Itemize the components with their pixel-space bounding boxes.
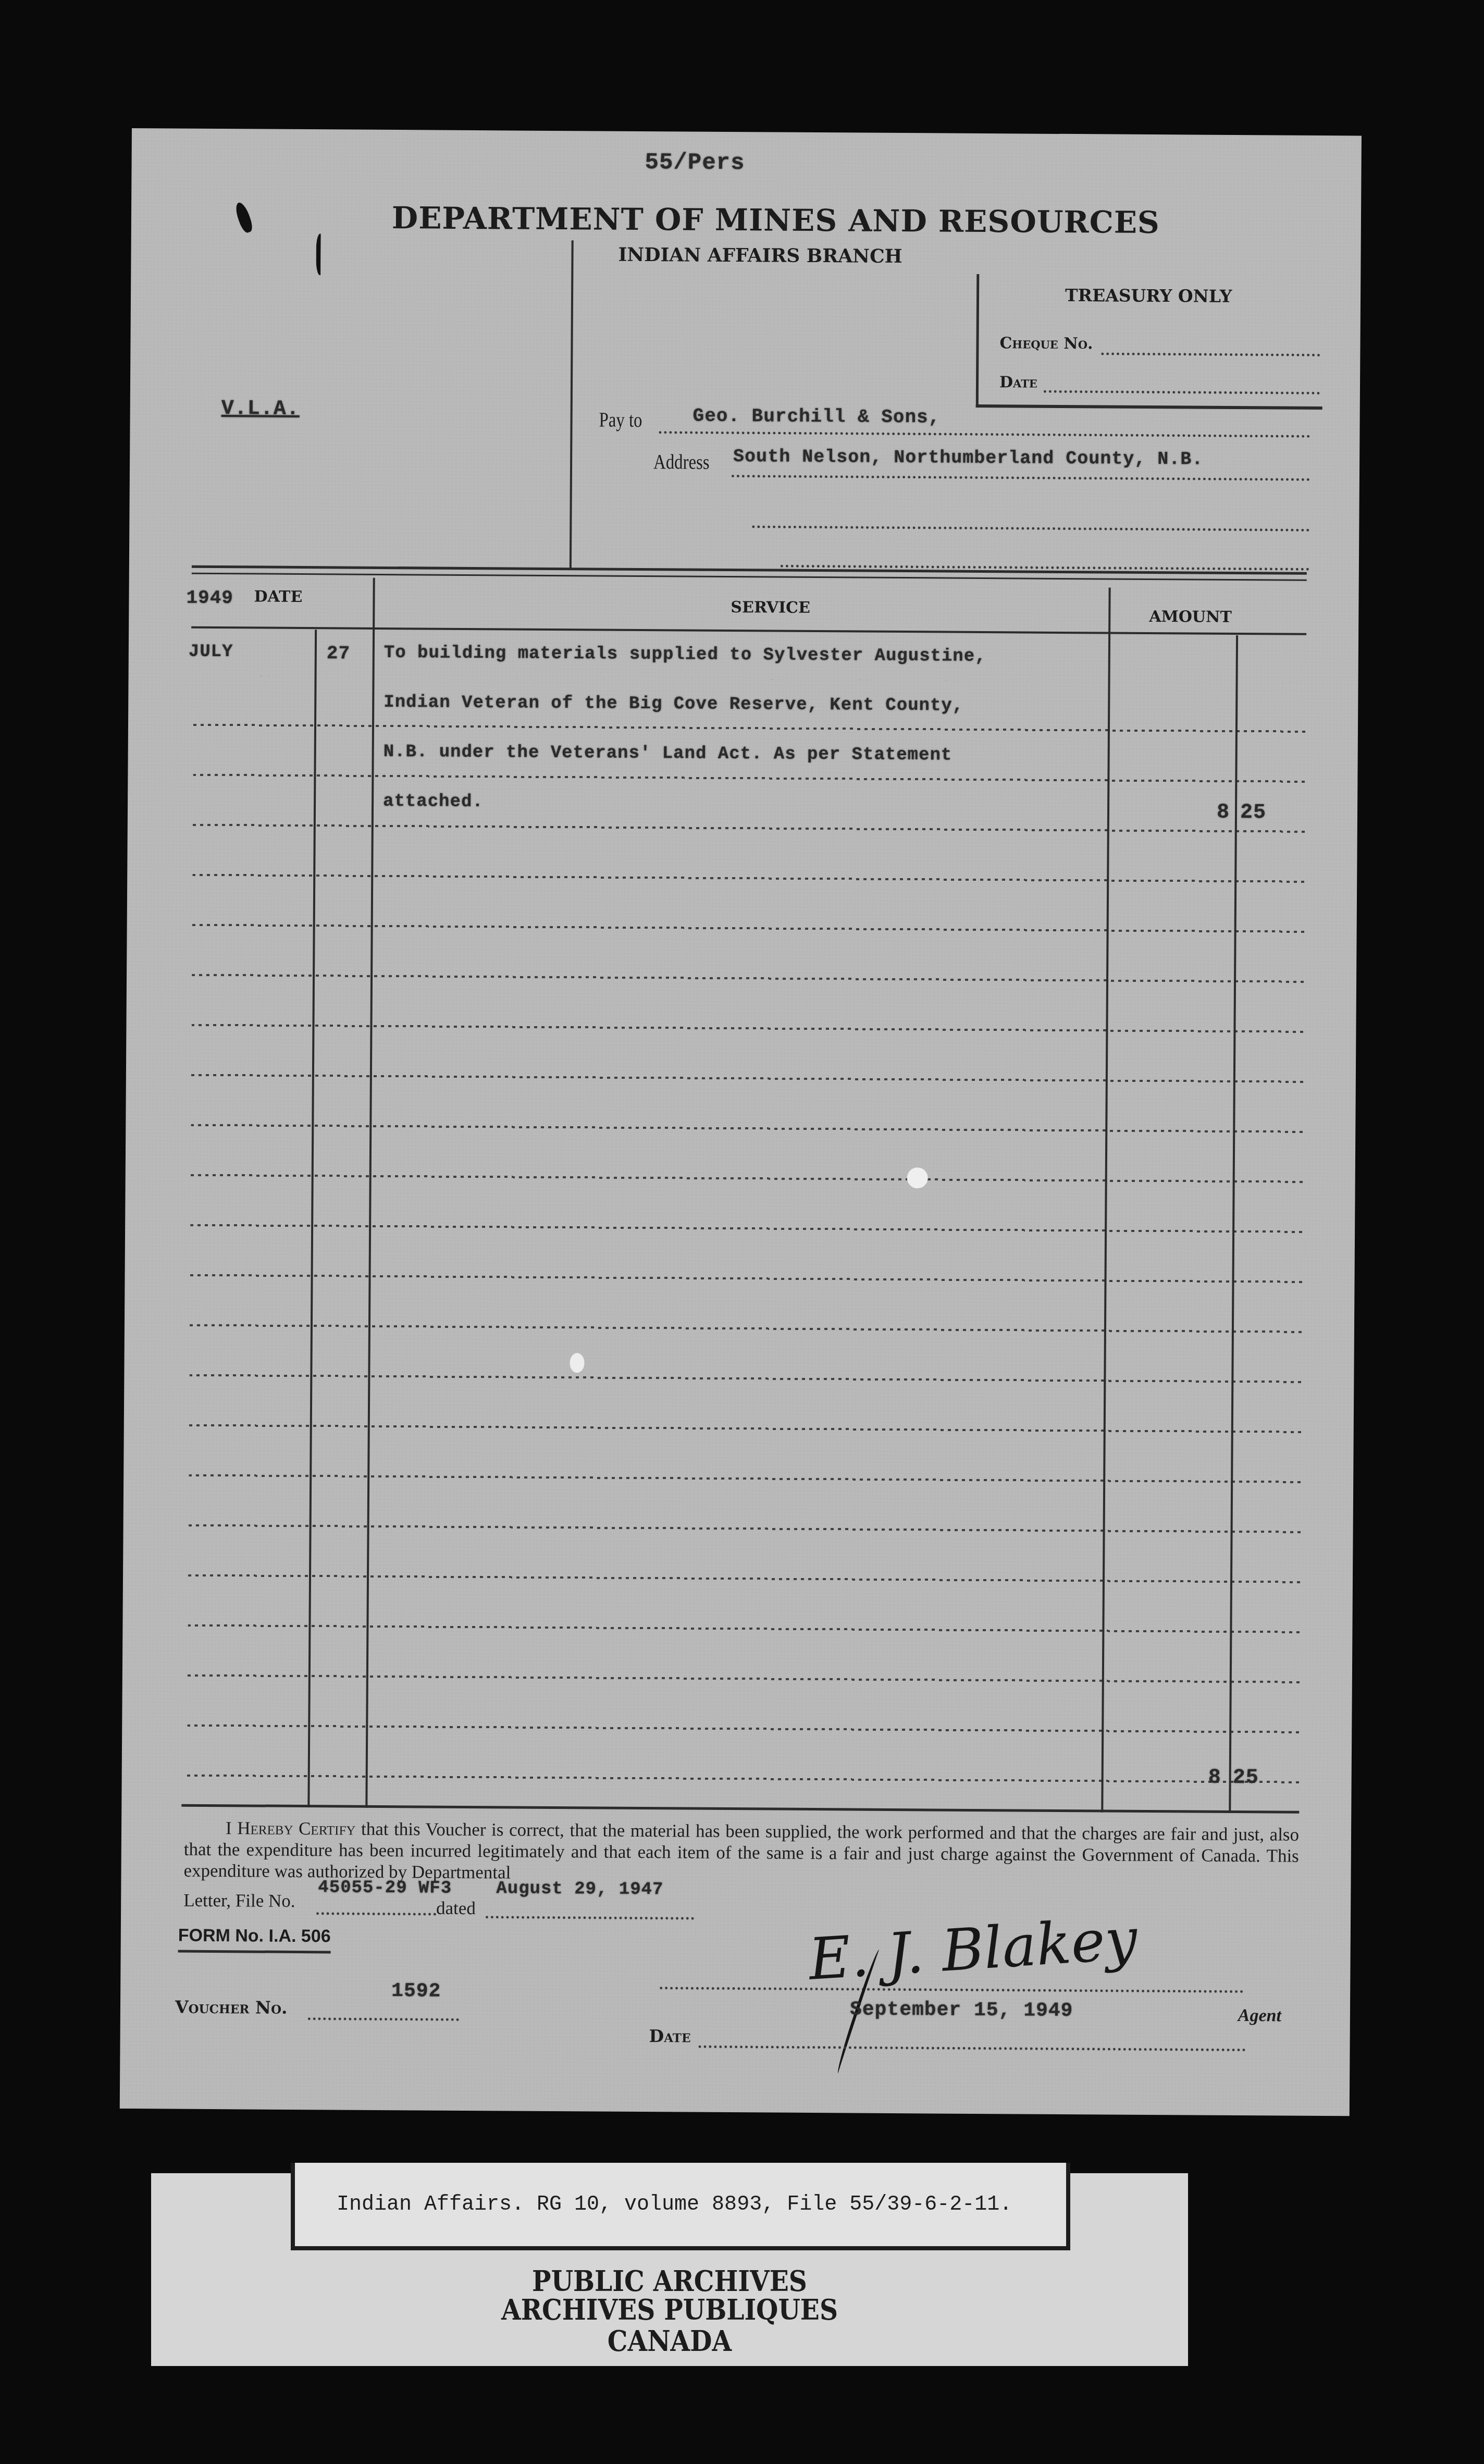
dated-line <box>486 1897 694 1919</box>
service-line-3: N.B. under the Veterans' Land Act. As pe… <box>384 742 953 766</box>
sign-date-line <box>699 2029 1246 2051</box>
column-header-service: SERVICE <box>731 598 810 617</box>
letter-file-label: Letter, File No. <box>183 1890 295 1911</box>
entry-amount-cents: 25 <box>1240 801 1266 824</box>
agent-label: Agent <box>1238 2006 1281 2026</box>
archive-line-3: CANADA <box>203 2324 1136 2358</box>
service-line-2: Indian Veteran of the Big Cove Reserve, … <box>384 693 963 716</box>
archive-line-2: ARCHIVES PUBLIQUES <box>203 2293 1136 2326</box>
entry-day: 27 <box>327 643 350 664</box>
header-divider <box>570 240 574 569</box>
cheque-number-label: Cheque No. <box>999 334 1093 353</box>
vla-mark: V.L.A. <box>221 397 300 421</box>
address-line-3 <box>781 555 1309 571</box>
table-bottom-rule <box>181 1804 1299 1814</box>
treasury-date-field[interactable] <box>1044 373 1320 395</box>
year-label: 1949 <box>186 587 233 609</box>
entry-amount-dollars: 8 <box>1217 801 1230 824</box>
table-top-rule-2 <box>192 573 1307 581</box>
column-header-amount: AMOUNT <box>1149 608 1232 626</box>
treasury-date-label: Date <box>999 373 1037 391</box>
column-header-date: DATE <box>254 587 302 606</box>
department-title: DEPARTMENT OF MINES AND RESOURCES <box>392 200 1160 240</box>
ruled-rows <box>187 676 1306 1798</box>
address-value: South Nelson, Northumberland County, N.B… <box>733 446 1203 470</box>
service-line-4: attached. <box>383 792 484 812</box>
dated-label: dated <box>436 1898 476 1919</box>
pay-to-label: Pay to <box>599 407 642 432</box>
ink-mark-icon <box>316 233 326 275</box>
total-amount-dollars: 8 <box>1208 1766 1221 1790</box>
file-number-row: Letter, File No. <box>183 1890 295 1912</box>
treasury-title: TREASURY ONLY <box>1065 285 1232 306</box>
dated-value: August 29, 1947 <box>496 1879 663 1900</box>
pay-to-value: Geo. Burchill & Sons, <box>693 405 941 428</box>
certification-paragraph: I Hereby Certify that this Voucher is co… <box>183 1817 1299 1888</box>
paper-blemish <box>907 1167 928 1188</box>
service-line-1: To building materials supplied to Sylves… <box>384 643 986 667</box>
voucher-document: 55/Pers DEPARTMENT OF MINES AND RESOURCE… <box>120 128 1362 2116</box>
treasury-box: TREASURY ONLY Cheque No. Date <box>976 274 1324 410</box>
archive-reference: Indian Affairs. RG 10, volume 8893, File… <box>337 2193 1012 2216</box>
address-label: Address <box>653 449 710 474</box>
archive-reference-tab: Indian Affairs. RG 10, volume 8893, File… <box>291 2163 1070 2250</box>
total-amount-cents: 25 <box>1233 1766 1259 1790</box>
paper-blemish <box>570 1353 584 1373</box>
file-number-value: 45055-29 WF3 <box>318 1878 452 1899</box>
file-stamp: 55/Pers <box>645 150 745 176</box>
voucher-number-value: 1592 <box>391 1980 441 2003</box>
form-number: FORM No. I.A. 506 <box>178 1926 331 1954</box>
branch-title: INDIAN AFFAIRS BRANCH <box>618 244 902 267</box>
address-line-2 <box>752 515 1309 532</box>
voucher-number-label: Voucher No. <box>175 1997 288 2018</box>
cheque-number-field[interactable] <box>1101 335 1320 356</box>
ink-mark-icon <box>233 201 255 234</box>
sign-date-label: Date <box>649 2026 691 2046</box>
header-bottom-rule <box>191 626 1306 635</box>
sign-date-value: September 15, 1949 <box>850 1998 1073 2022</box>
certification-lead: I Hereby Certify <box>226 1818 356 1839</box>
entry-month: JULY <box>189 642 233 662</box>
